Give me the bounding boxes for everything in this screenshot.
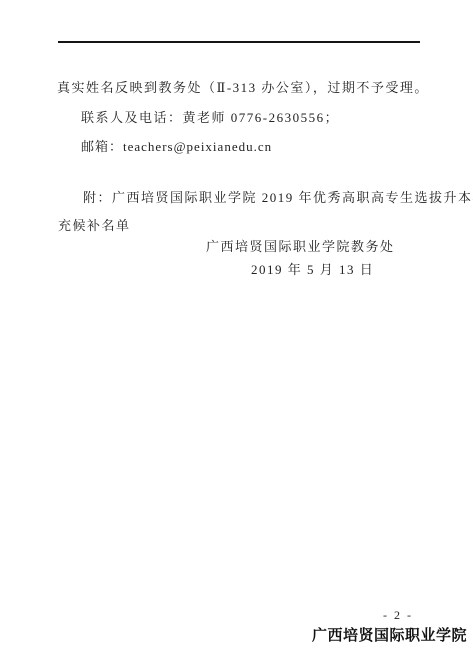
attachment-title-line-2: 充候补名单 [58, 218, 131, 234]
header-divider-rule [58, 41, 420, 43]
document-page: 真实姓名反映到教务处（Ⅱ-313 办公室），过期不予受理。 联系人及电话：黄老师… [0, 0, 473, 652]
contact-phone-line: 联系人及电话：黄老师 0776-2630556； [81, 110, 339, 126]
signature-department-line: 广西培贤国际职业学院教务处 [206, 239, 395, 255]
footer-brand-text: 广西培贤国际职业学院 [312, 624, 467, 645]
signature-date-line: 2019 年 5 月 13 日 [251, 262, 374, 278]
attachment-title-line-1: 附：广西培贤国际职业学院 2019 年优秀高职高专生选拔升本补 [83, 190, 473, 206]
page-number: - 2 - [383, 608, 413, 623]
body-continuation-line: 真实姓名反映到教务处（Ⅱ-313 办公室），过期不予受理。 [57, 80, 429, 96]
contact-email-line: 邮箱：teachers@peixianedu.cn [81, 139, 272, 155]
